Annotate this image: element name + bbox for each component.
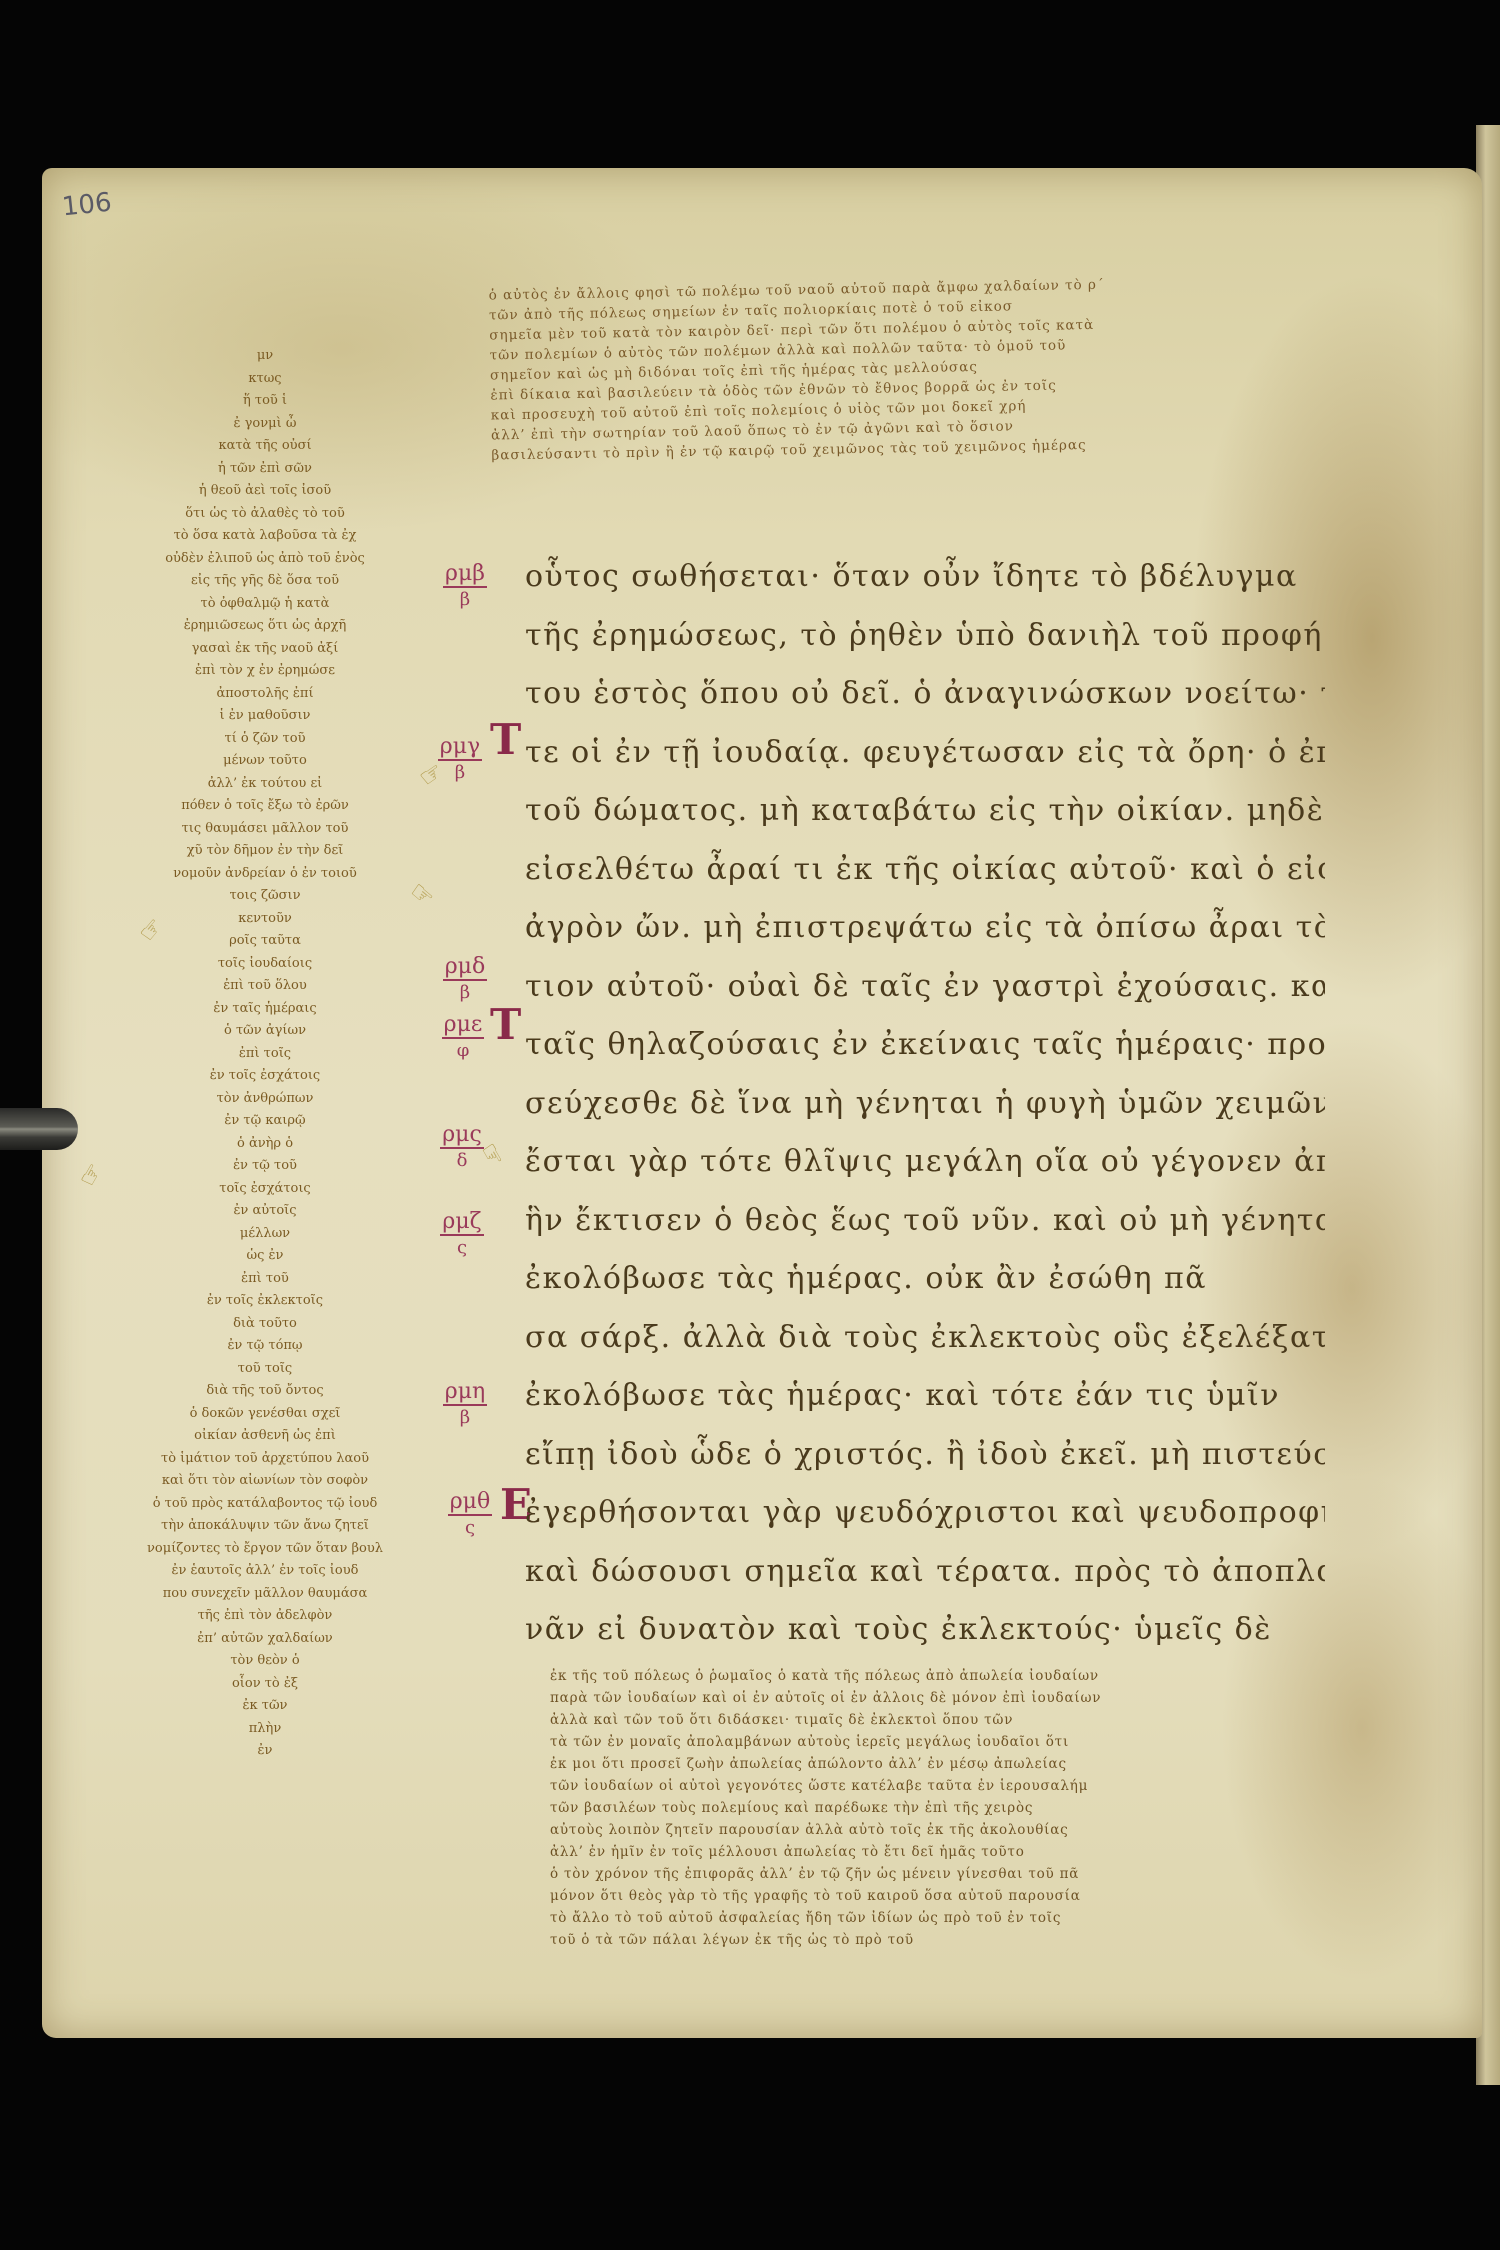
text-line: εἰσελθέτω ἆραί τι ἐκ τῆς οἰκίας αὐτοῦ· κ… — [525, 841, 1325, 900]
scholia-line: πλὴν — [90, 1718, 440, 1741]
scholia-line: πόθεν ὁ τοῖς ἔξω τὸ ἐρῶν — [90, 795, 440, 818]
section-number-value: ρμθ — [448, 1490, 492, 1516]
scholia-line: ἐρημιῶσεως ὅτι ὡς ἀρχῆ — [90, 615, 440, 638]
scholia-line: που συνεχεῖν μᾶλλον θαυμάσα — [90, 1583, 440, 1606]
section-number: ρμδ β — [435, 955, 495, 1005]
text-line: νᾶν εἰ δυνατὸν καὶ τοὺς ἐκλεκτούς· ὑμεῖς… — [525, 1601, 1325, 1660]
rubricated-initial: Τ — [490, 1000, 521, 1049]
scholia-line: ἀλλὰ καὶ τῶν τοῦ ὅτι διδάσκει· τιμαῖς δὲ… — [550, 1709, 1370, 1731]
scholia-line: χῦ τὸν δῆμον ἐν τὴν δεῖ — [90, 840, 440, 863]
text-line: ἣν ἔκτισεν ὁ θεὸς ἕως τοῦ νῦν. καὶ οὐ μὴ… — [525, 1192, 1325, 1251]
canon-number: φ — [433, 1039, 493, 1063]
scholia-line: μόνον ὅτι θεὸς γὰρ τὸ τῆς γραφῆς τὸ τοῦ … — [550, 1885, 1370, 1907]
scholia-line: ἀποστολῆς ἐπί — [90, 683, 440, 706]
scholia-line: ἀλλ’ ἐν ἡμῖν ἐν τοῖς μέλλουσι ἀπωλείας τ… — [550, 1841, 1370, 1863]
scholia-line: νομοῦν ἀνδρείαν ὁ ἐν τοιοῦ — [90, 863, 440, 886]
scholia-line: ὁ τὸν χρόνον τῆς ἐπιφορᾶς ἀλλ’ ἐν τῷ ζῆν… — [550, 1863, 1370, 1885]
scholia-line: ὡς ἐν — [90, 1245, 440, 1268]
canon-number: β — [435, 981, 495, 1005]
section-number: ρμη β — [435, 1380, 495, 1430]
scholia-line: ἐν αὐτοῖς — [90, 1200, 440, 1223]
text-line: ἔσται γὰρ τότε θλῖψις μεγάλη οἵα οὐ γέγο… — [525, 1133, 1325, 1192]
canon-number: β — [435, 1406, 495, 1430]
scholia-line: ἐπὶ τοῖς — [90, 1043, 440, 1066]
scholia-line: ἐπὶ τὸν χ ἐν ἐρημώσε — [90, 660, 440, 683]
scholia-line: τῶν ἰουδαίων οἱ αὐτοὶ γεγονότες ὥστε κατ… — [550, 1775, 1370, 1797]
text-line: τοῦ δώματος. μὴ καταβάτω εἰς τὴν οἰκίαν.… — [525, 782, 1325, 841]
scholia-line: τί ὁ ζῶν τοῦ — [90, 728, 440, 751]
scholia-line: μέλλων — [90, 1223, 440, 1246]
scholia-line: ὁ ἀνὴρ ὁ — [90, 1133, 440, 1156]
scholia-line: κατὰ τῆς οὐσί — [90, 435, 440, 458]
rubricated-initial: Τ — [490, 715, 521, 764]
section-number-value: ρμς — [440, 1123, 484, 1149]
scholia-line: ἐν τοῖς ἐκλεκτοῖς — [90, 1290, 440, 1313]
scholia-line: τις θαυμάσει μᾶλλον τοῦ — [90, 818, 440, 841]
scholia-line: κτως — [90, 368, 440, 391]
text-line: τε οἱ ἐν τῇ ἰουδαίᾳ. φευγέτωσαν εἰς τὰ ὄ… — [525, 724, 1325, 783]
scholia-line: νομίζοντες τὸ ἔργον τῶν ὅταν βουλ — [90, 1538, 440, 1561]
canon-number: β — [435, 588, 495, 612]
section-number: ρμθ ς — [440, 1490, 500, 1540]
scholia-line: οἷον τὸ ἐξ — [90, 1673, 440, 1696]
scholia-line: ἱ ἐν μαθοῦσιν — [90, 705, 440, 728]
scholia-line: ἐν τῷ τόπῳ — [90, 1335, 440, 1358]
scholia-line: ἐν τῷ καιρῷ — [90, 1110, 440, 1133]
scholia-line: οἰκίαν ἀσθενῆ ὡς ἐπὶ — [90, 1425, 440, 1448]
scholia-line: ἐπ’ αὐτῶν χαλδαίων — [90, 1628, 440, 1651]
scholia-line: διὰ τοῦτο — [90, 1313, 440, 1336]
scholia-line: ἡ θεοῦ ἀεὶ τοῖς ἰσοῦ — [90, 480, 440, 503]
scholia-line: τοῦ ὁ τὰ τῶν πάλαι λέγων ἐκ τῆς ὡς τὸ πρ… — [550, 1929, 1370, 1951]
scholia-line: τὸν θεὸν ὁ — [90, 1650, 440, 1673]
scholia-line: ὅτι ὡς τὸ ἀλαθὲς τὸ τοῦ — [90, 503, 440, 526]
scholia-line: τὸ ἄλλο τὸ τοῦ αὐτοῦ ἀσφαλείας ἤδη τῶν ἰ… — [550, 1907, 1370, 1929]
scholia-line: ὁ τοῦ πρὸς κατάλαβοντος τῷ ἰουδ — [90, 1493, 440, 1516]
scholia-line: ἐν ἑαυτοῖς ἀλλ’ ἐν τοῖς ἰουδ — [90, 1560, 440, 1583]
scholia-line: ἐκ τῶν — [90, 1695, 440, 1718]
scholia-line: τοῦ τοῖς — [90, 1358, 440, 1381]
scholia-line: τοῖς ἰουδαίοις — [90, 953, 440, 976]
section-number: ρμβ β — [435, 562, 495, 612]
scholia-line: τὸ ἱμάτιον τοῦ ἀρχετύπου λαοῦ — [90, 1448, 440, 1471]
section-number-value: ρμβ — [443, 562, 487, 588]
text-line: τιον αὐτοῦ· οὐαὶ δὲ ταῖς ἐν γαστρὶ ἐχούσ… — [525, 958, 1325, 1017]
scholia-line: ἥ τοῦ ἱ — [90, 390, 440, 413]
scholia-line: ἐπὶ τοῦ ὅλου — [90, 975, 440, 998]
text-line: ἐκολόβωσε τὰς ἡμέρας. οὐκ ἂν ἐσώθη πᾶ — [525, 1250, 1325, 1309]
scholia-line: ἐκ τῆς τοῦ πόλεως ὁ ῥωμαῖος ὁ κατὰ τῆς π… — [550, 1665, 1370, 1687]
scholia-line: τὰ τῶν ἐν μοναῖς ἀπολαμβάνων αὐτοὺς ἱερε… — [550, 1731, 1370, 1753]
scholia-line: μένων τοῦτο — [90, 750, 440, 773]
scholia-line: τὸν ἀνθρώπων — [90, 1088, 440, 1111]
scholia-line: τὴν ἀποκάλυψιν τῶν ἄνω ζητεῖ — [90, 1515, 440, 1538]
scholia-line: γασαὶ ἐκ τῆς ναοῦ ἀξί — [90, 638, 440, 661]
section-number-value: ρμγ — [438, 735, 482, 761]
scholia-line: ἐπὶ τοῦ — [90, 1268, 440, 1291]
scholia-line: τῶν βασιλέων τοὺς πολεμίους καὶ παρέδωκε… — [550, 1797, 1370, 1819]
section-number-value: ρμε — [442, 1013, 485, 1039]
scholia-line: αὐτοὺς λοιπὸν ζητεῖν παρουσίαν ἀλλὰ αὐτὸ… — [550, 1819, 1370, 1841]
scholia-line: μν — [90, 345, 440, 368]
scholia-line: τὸ ὅσα κατὰ λαβοῦσα τὰ ἐχ — [90, 525, 440, 548]
scholia-line: ἐκ μοι ὅτι προσεῖ ζωὴν ἀπωλείας ἀπώλοντο… — [550, 1753, 1370, 1775]
section-number-value: ρμδ — [443, 955, 487, 981]
scholia-line: καὶ ὅτι τὸν αἰωνίων τὸν σοφὸν — [90, 1470, 440, 1493]
scholia-line: τοῖς ἐσχάτοις — [90, 1178, 440, 1201]
scholia-line: εἰς τῆς γῆς δὲ ὅσα τοῦ — [90, 570, 440, 593]
section-number-value: ρμζ — [440, 1210, 483, 1236]
scholia-line: ἡ τῶν ἐπὶ σῶν — [90, 458, 440, 481]
scholia-line: τῆς ἐπὶ τὸν ἀδελφὸν — [90, 1605, 440, 1628]
text-line: καὶ δώσουσι σημεῖα καὶ τέρατα. πρὸς τὸ ἀ… — [525, 1543, 1325, 1602]
scholia-top: ὁ αὐτὸς ἐν ἄλλοις φησὶ τῶ πολέμω τοῦ ναο… — [488, 271, 1351, 466]
text-line: ἀγρὸν ὤν. μὴ ἐπιστρεψάτω εἰς τὰ ὀπίσω ἆρ… — [525, 899, 1325, 958]
scholia-line: ἐν ταῖς ἡμέραις — [90, 998, 440, 1021]
scholia-line: οὐδὲν ἐλιποῦ ὡς ἀπὸ τοῦ ἑνὸς — [90, 548, 440, 571]
folio-number: 106 — [61, 187, 114, 222]
scholia-bottom: ἐκ τῆς τοῦ πόλεως ὁ ῥωμαῖος ὁ κατὰ τῆς π… — [550, 1665, 1370, 1951]
text-line: οὗτος σωθήσεται· ὅταν οὖν ἴδητε τὸ βδέλυ… — [525, 548, 1325, 607]
text-line: σεύχεσθε δὲ ἵνα μὴ γένηται ἡ φυγὴ ὑμῶν χ… — [525, 1075, 1325, 1134]
text-line: εἴπῃ ἰδοὺ ὧδε ὁ χριστός. ἢ ἰδοὺ ἐκεῖ. μὴ… — [525, 1426, 1325, 1485]
section-number: ρμε φ — [433, 1013, 493, 1063]
scholia-line: τὸ ὀφθαλμῷ ἡ κατὰ — [90, 593, 440, 616]
scholia-line: ἀλλ’ ἐκ τούτου εἰ — [90, 773, 440, 796]
scholia-left: μν κτως ἥ τοῦ ἱ ἐ γονμὶ ὦ κατὰ τῆς οὐσί … — [90, 345, 440, 1763]
scholia-line: ὁ δοκῶν γενέσθαι σχεῖ — [90, 1403, 440, 1426]
text-line: τῆς ἐρημώσεως, τὸ ῥηθὲν ὑπὸ δανιὴλ τοῦ π… — [525, 607, 1325, 666]
section-number: ρμζ ς — [432, 1210, 492, 1260]
main-text-column: οὗτος σωθήσεται· ὅταν οὖν ἴδητε τὸ βδέλυ… — [525, 548, 1325, 1660]
text-line: του ἑστὸς ὅπου οὐ δεῖ. ὁ ἀναγινώσκων νοε… — [525, 665, 1325, 724]
section-number-value: ρμη — [443, 1380, 487, 1406]
scholia-line: ἐν τοῖς ἐσχάτοις — [90, 1065, 440, 1088]
scholia-line: τοις ζῶσιν — [90, 885, 440, 908]
canon-number: ς — [440, 1516, 500, 1540]
scholia-line: ἐν — [90, 1740, 440, 1763]
scholia-line: διὰ τῆς τοῦ ὄντος — [90, 1380, 440, 1403]
text-line: ἐκολόβωσε τὰς ἡμέρας· καὶ τότε ἐάν τις ὑ… — [525, 1367, 1325, 1426]
text-line: ταῖς θηλαζούσαις ἐν ἐκείναις ταῖς ἡμέραι… — [525, 1016, 1325, 1075]
scholia-line: ἐ γονμὶ ὦ — [90, 413, 440, 436]
scholia-line: ὁ τῶν ἀγίων — [90, 1020, 440, 1043]
scholia-line: παρὰ τῶν ἰουδαίων καὶ οἱ ἐν αὐτοῖς οἱ ἐν… — [550, 1687, 1370, 1709]
text-line: ἐγερθήσονται γὰρ ψευδόχριστοι καὶ ψευδοπ… — [525, 1484, 1325, 1543]
bookmark-strip — [0, 1108, 78, 1150]
scholia-line: ἐν τῷ τοῦ — [90, 1155, 440, 1178]
text-line: σα σάρξ. ἀλλὰ διὰ τοὺς ἐκλεκτοὺς οὓς ἐξε… — [525, 1309, 1325, 1368]
canon-number: ς — [432, 1236, 492, 1260]
